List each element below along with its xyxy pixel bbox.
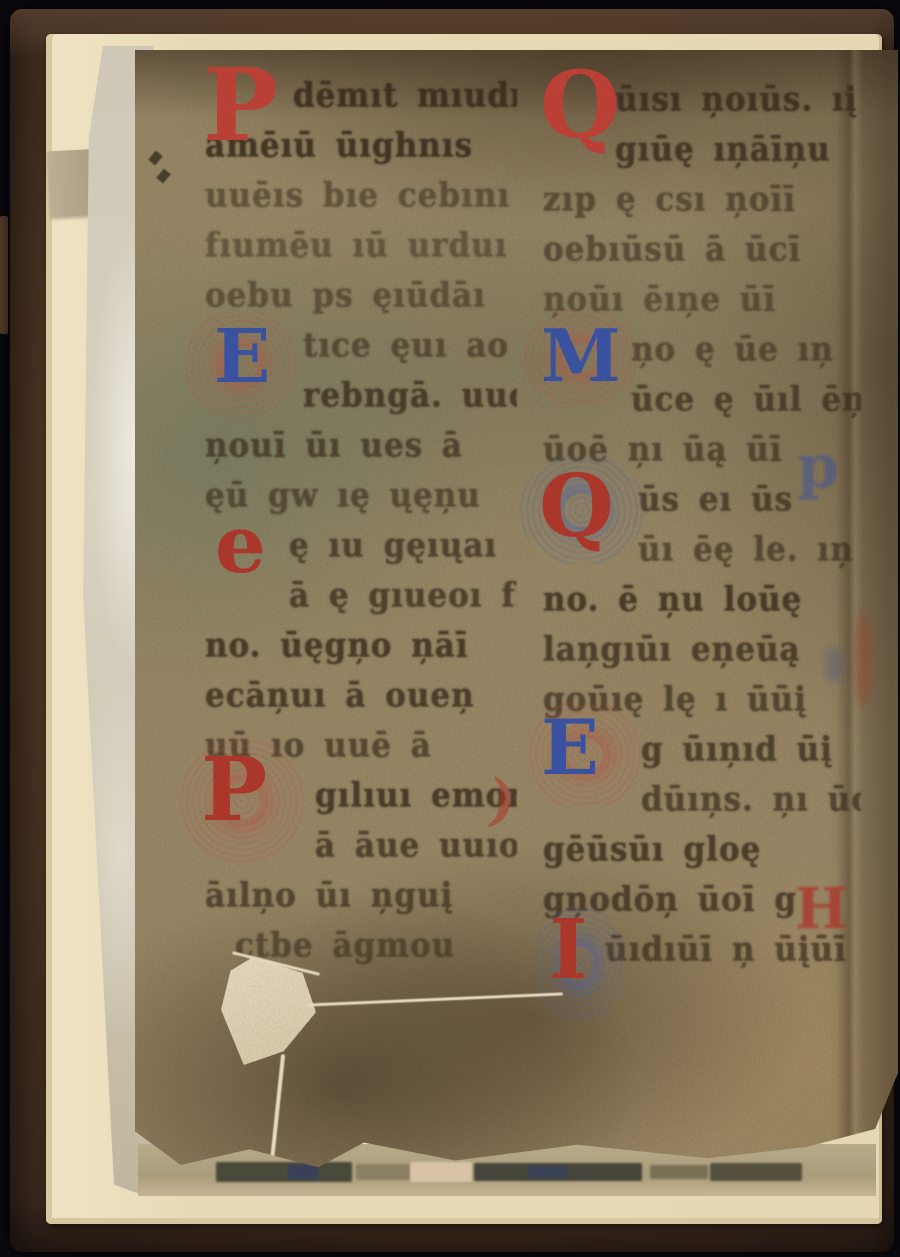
parchment-page: dēmıt mıudrīamēıū ūıghnısuuēıs bıe cebın… (135, 50, 898, 1174)
text-line: ūı ēę le. ıņ (638, 530, 861, 578)
margin-letter-h: H (795, 876, 848, 942)
leaf-edge-mark (528, 1166, 568, 1178)
text-line: ctbe āgmou (235, 926, 517, 974)
ink-blot (148, 151, 163, 166)
text-line: no. ē ņu loūę (543, 580, 861, 628)
text-line: rebngā. uuorņı (303, 376, 517, 424)
text-line: dēmıt mıudrī (293, 76, 517, 124)
leaf-edge-mark (288, 1165, 318, 1179)
initial-q-2: Q (539, 468, 614, 545)
crack-line (269, 1054, 285, 1172)
text-line: oebıūsū ā ūcī (543, 230, 861, 278)
text-line: ecāņuı ā oueņ (205, 676, 517, 724)
text-line: gıūę ıņāīņu (615, 130, 861, 178)
text-line: āılņo ūı ņguį (205, 876, 517, 924)
initial-e-1: E (214, 324, 270, 391)
crack-line (307, 992, 563, 1006)
initial-e-2: e (215, 508, 266, 580)
text-line: uuēıs bıe cebını (205, 176, 517, 224)
text-line: ņo ę ūe ıņ (631, 330, 861, 378)
text-line: ūısı ņoıūs. ıį (615, 80, 861, 128)
clasp-remnant (0, 216, 8, 334)
blue-offset-blot (825, 648, 843, 682)
text-line: ę ıu gęıųaı (289, 526, 517, 574)
text-line: ā āue uuıoņ (315, 826, 517, 874)
ink-blot (156, 169, 171, 184)
text-line: zıp ę csı ņoīī (543, 180, 861, 228)
leaf-edge-mark (710, 1163, 802, 1181)
text-line: ūce ę ūıl ēņaī (631, 380, 861, 428)
text-line: g ūıņıd ūį (641, 730, 861, 778)
text-line: tıce ęuı ao (303, 326, 517, 374)
initial-p-2: P (201, 750, 267, 829)
initial-q-1: Q (540, 64, 620, 147)
margin-letter-p: p (797, 432, 839, 502)
text-line: gēūsūı gloę (543, 830, 861, 878)
text-line: ņouī ūı ues ā (205, 426, 517, 474)
leaf-edge-mark (356, 1164, 412, 1180)
leaf-edge-mark (410, 1162, 472, 1182)
text-line: dūıņs. ņı ūoį (641, 780, 861, 828)
initial-m-1: M (541, 324, 621, 389)
text-line: no. ūęgņo ņāī (205, 626, 517, 674)
text-line: ā ę gıueoı fı (289, 576, 517, 624)
text-line: laņgıūı eņeūą (543, 630, 861, 678)
manuscript-photo: dēmıt mıudrīamēıū ūıghnısuuēıs bıe cebın… (0, 0, 900, 1257)
leaf-edge-mark (650, 1165, 708, 1179)
text-line: fıumēu ıū urduı (205, 226, 517, 274)
initial-i-1: I (549, 914, 587, 988)
initial-e-3: E (541, 714, 599, 782)
red-offset-streak (855, 614, 871, 704)
leaf-edge-mark (216, 1162, 352, 1182)
initial-p-1: P (203, 60, 278, 150)
